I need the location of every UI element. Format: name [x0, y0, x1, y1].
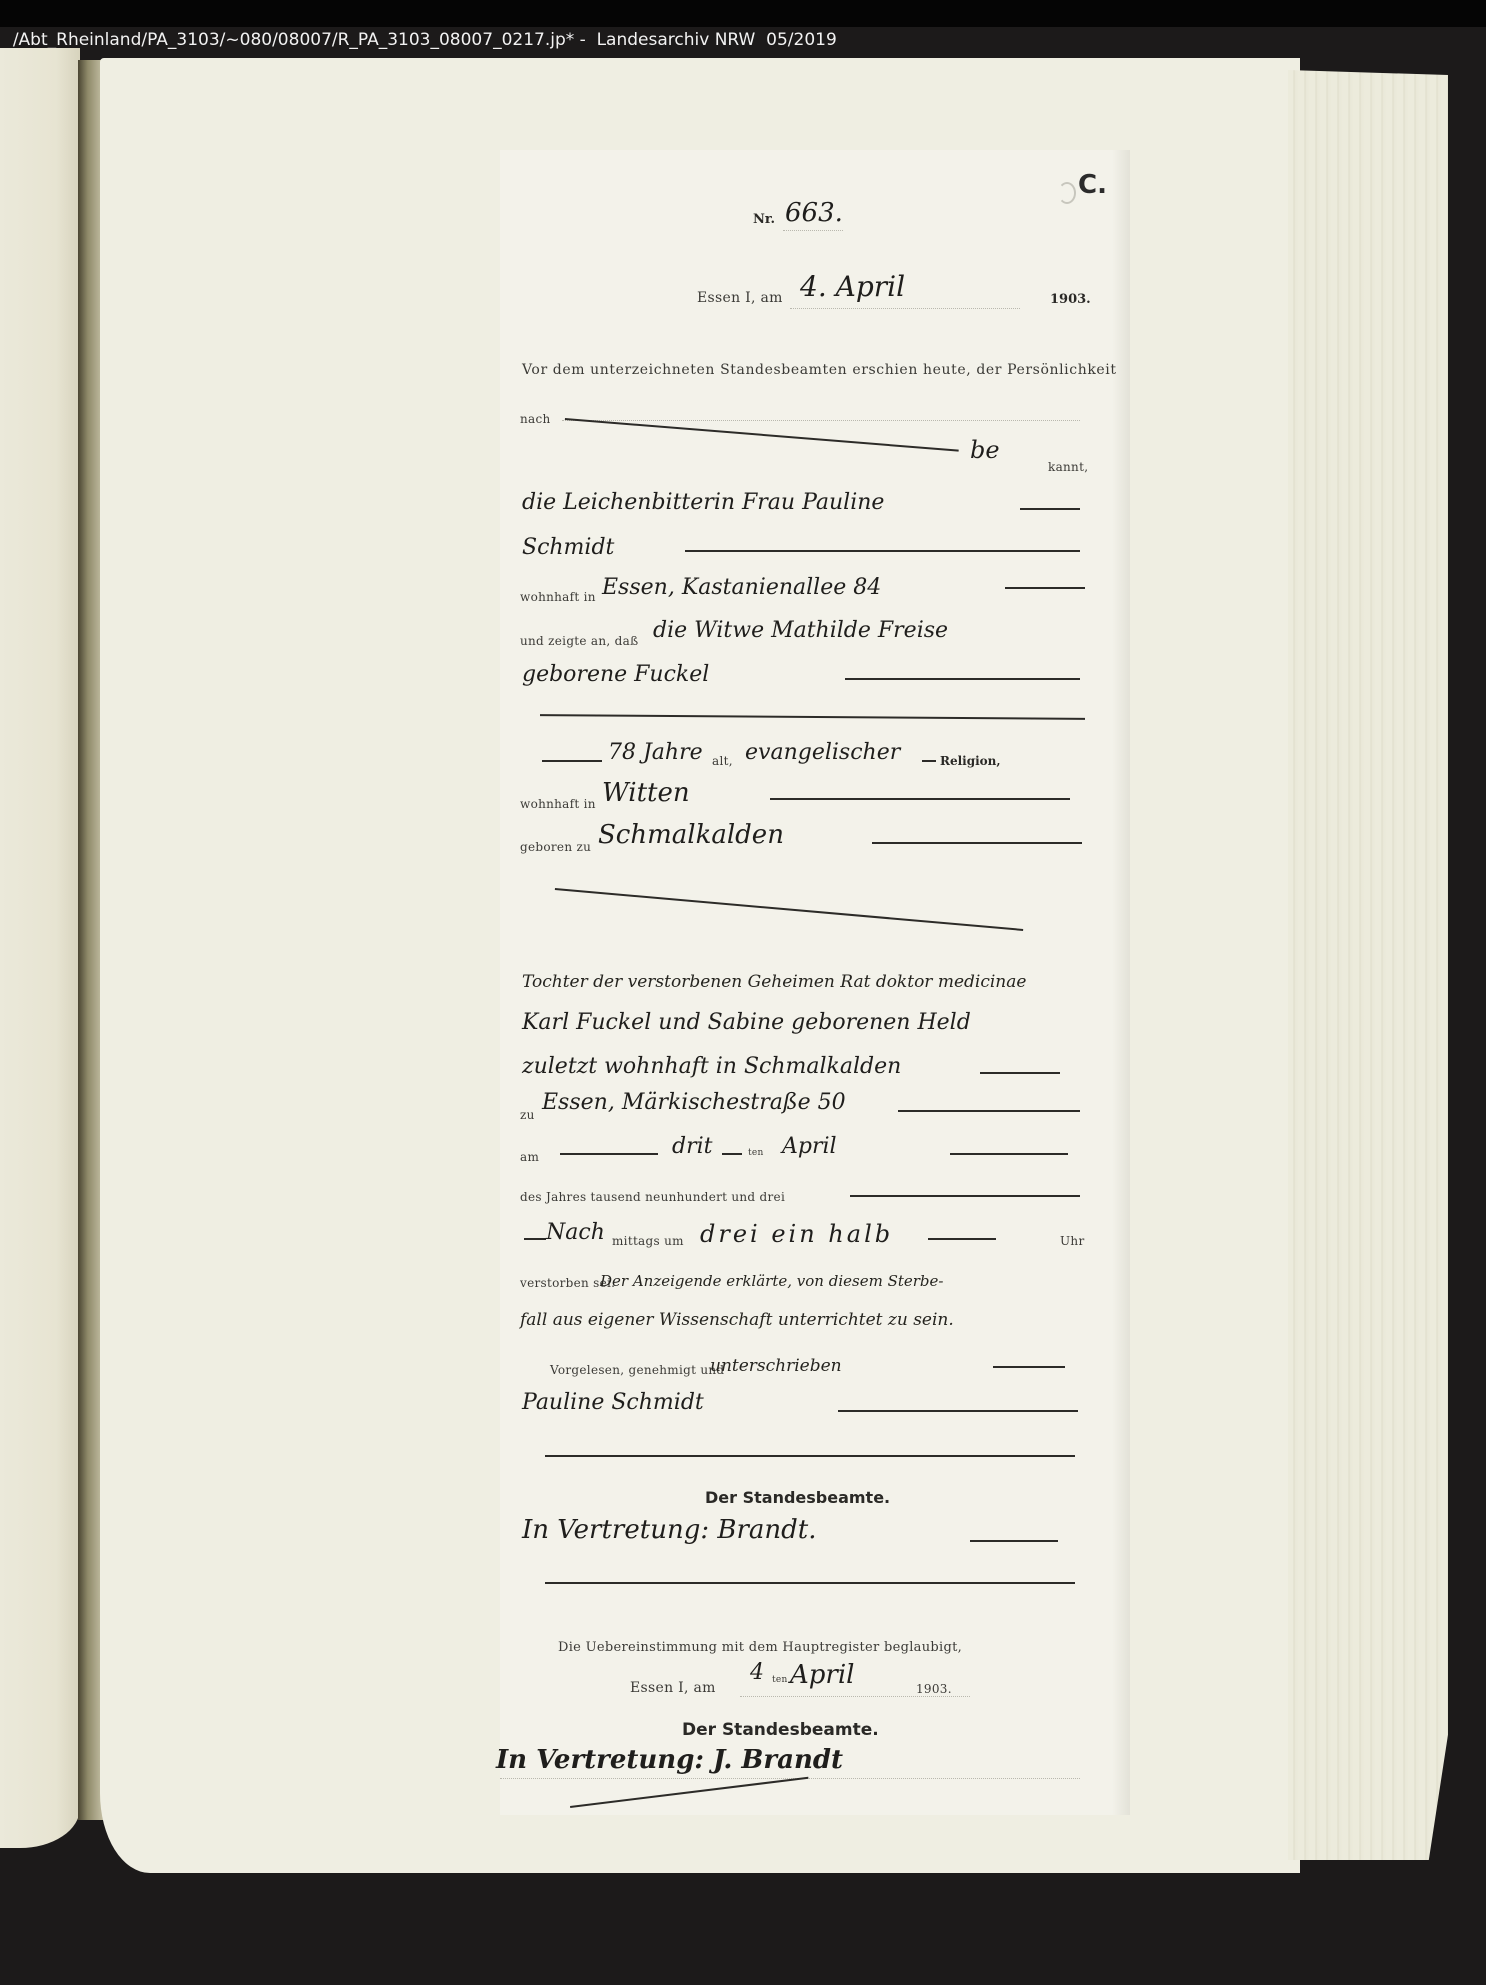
date-dotted-line [790, 308, 1020, 309]
religion-label: Religion, [940, 754, 1001, 768]
fill-line [922, 760, 936, 762]
fill-line [542, 760, 602, 762]
certification-signature: In Vertretung: J. Brandt [496, 1745, 843, 1775]
certification-registrar-heading: Der Standesbeamte. [682, 1720, 879, 1740]
fill-line [722, 1153, 742, 1155]
bekannt-label: kannt, [1048, 460, 1088, 474]
strike-line [555, 888, 1023, 931]
deceased-religion: evangelischer [745, 740, 900, 765]
fill-line [898, 1110, 1080, 1112]
fill-line [970, 1540, 1058, 1542]
fill-line [850, 1195, 1080, 1197]
fill-line [872, 842, 1082, 844]
strike-line [565, 418, 959, 452]
certification-dotted-line [740, 1696, 970, 1697]
deceased-maiden-name: geborene Fuckel [522, 662, 709, 687]
fill-line [685, 550, 1080, 552]
statement-line-1: Der Anzeigende erklärte, von diesem Ster… [600, 1272, 943, 1290]
fill-line [1020, 508, 1080, 510]
deceased-residence: Witten [602, 778, 690, 808]
separator-line [545, 1455, 1075, 1457]
death-day-suffix: ten [748, 1148, 764, 1158]
bekannt-prefix: be [970, 436, 1000, 464]
death-place: Essen, Märkischestraße 50 [542, 1090, 846, 1115]
informant-line-1: die Leichenbitterin Frau Pauline [522, 490, 884, 515]
parents-line-3: zuletzt wohnhaft in Schmalkalden [522, 1054, 901, 1079]
death-time: drei ein halb [700, 1220, 893, 1248]
registrar-signature: In Vertretung: Brandt. [522, 1515, 817, 1545]
fill-line [950, 1153, 1068, 1155]
informant-residence: Essen, Kastanienallee 84 [602, 575, 881, 600]
fill-line [560, 1153, 658, 1155]
record-year: 1903. [1050, 292, 1091, 307]
left-book-page [0, 48, 80, 1848]
fill-line [928, 1238, 996, 1240]
informant-line-2: Schmidt [522, 535, 614, 560]
certification-day-suffix: ten [772, 1675, 788, 1685]
death-day: drit [672, 1134, 712, 1159]
born-label: geboren zu [520, 840, 591, 854]
fill-line [845, 678, 1080, 680]
parents-line-2: Karl Fuckel und Sabine geborenen Held [522, 1010, 971, 1035]
death-date-label: am [520, 1150, 539, 1164]
registrar-heading: Der Standesbeamte. [705, 1488, 890, 1507]
parents-line-1: Tochter der verstorbenen Geheimen Rat do… [522, 972, 1026, 992]
fill-line [1005, 587, 1085, 589]
certification-place-label: Essen I, am [630, 1680, 716, 1696]
birthplace: Schmalkalden [598, 820, 784, 850]
certification-year: 1903. [916, 1682, 952, 1696]
nach-dotted-line [562, 420, 1080, 421]
year-text: des Jahres tausend neunhundert und drei [520, 1190, 785, 1204]
window-title-bar: /Abt_Rheinland/PA_3103/~080/08007/R_PA_3… [0, 0, 1486, 27]
record-number: 663. [785, 198, 843, 228]
fill-line [524, 1238, 546, 1240]
intro-text: Vor dem unterzeichneten Standesbeamten e… [522, 362, 1117, 378]
informant-signature: Pauline Schmidt [522, 1390, 704, 1415]
number-dotted-line [783, 230, 843, 231]
card-edge-shadow [1112, 150, 1130, 1815]
separator-line [540, 714, 1085, 720]
number-label: Nr. [753, 212, 775, 227]
death-month: April [782, 1134, 837, 1159]
place-label: Essen I, am [697, 290, 783, 306]
death-certificate-form: C. Nr. 663. Essen I, am 4. April 1903. V… [500, 150, 1130, 1815]
certification-month: April [790, 1660, 854, 1690]
nach-label: nach [520, 412, 551, 426]
death-place-label: zu [520, 1108, 535, 1122]
fill-line [838, 1410, 1078, 1412]
fill-line [770, 798, 1070, 800]
deceased-age: 78 Jahre [608, 740, 703, 765]
alt-label: alt, [712, 754, 733, 768]
residence-label: wohnhaft in [520, 590, 596, 604]
fill-line [980, 1072, 1060, 1074]
record-date: 4. April [800, 270, 905, 303]
certification-day: 4 [750, 1660, 764, 1685]
signature-flourish [570, 1777, 808, 1808]
statement-line-2: fall aus eigener Wissenschaft unterricht… [520, 1310, 954, 1330]
certification-text: Die Uebereinstimmung mit dem Hauptregist… [558, 1640, 962, 1655]
deceased-residence-label: wohnhaft in [520, 797, 596, 811]
deceased-name: die Witwe Mathilde Freise [653, 618, 948, 643]
corner-mark: C. [1078, 170, 1107, 200]
mittags-label: mittags um [612, 1234, 684, 1248]
fill-line [993, 1366, 1065, 1368]
book-page-stack [1288, 70, 1448, 1860]
time-prefix: Nach [546, 1220, 605, 1245]
vorgelesen-value: unterschrieben [710, 1356, 842, 1376]
vorgelesen-label: Vorgelesen, genehmigt und [550, 1363, 724, 1377]
separator-line [545, 1582, 1075, 1584]
ring-mark-icon [1058, 182, 1076, 204]
uhr-label: Uhr [1060, 1234, 1084, 1248]
zeigte-label: und zeigte an, daß [520, 634, 638, 648]
window-title: /Abt_Rheinland/PA_3103/~080/08007/R_PA_3… [13, 30, 837, 50]
